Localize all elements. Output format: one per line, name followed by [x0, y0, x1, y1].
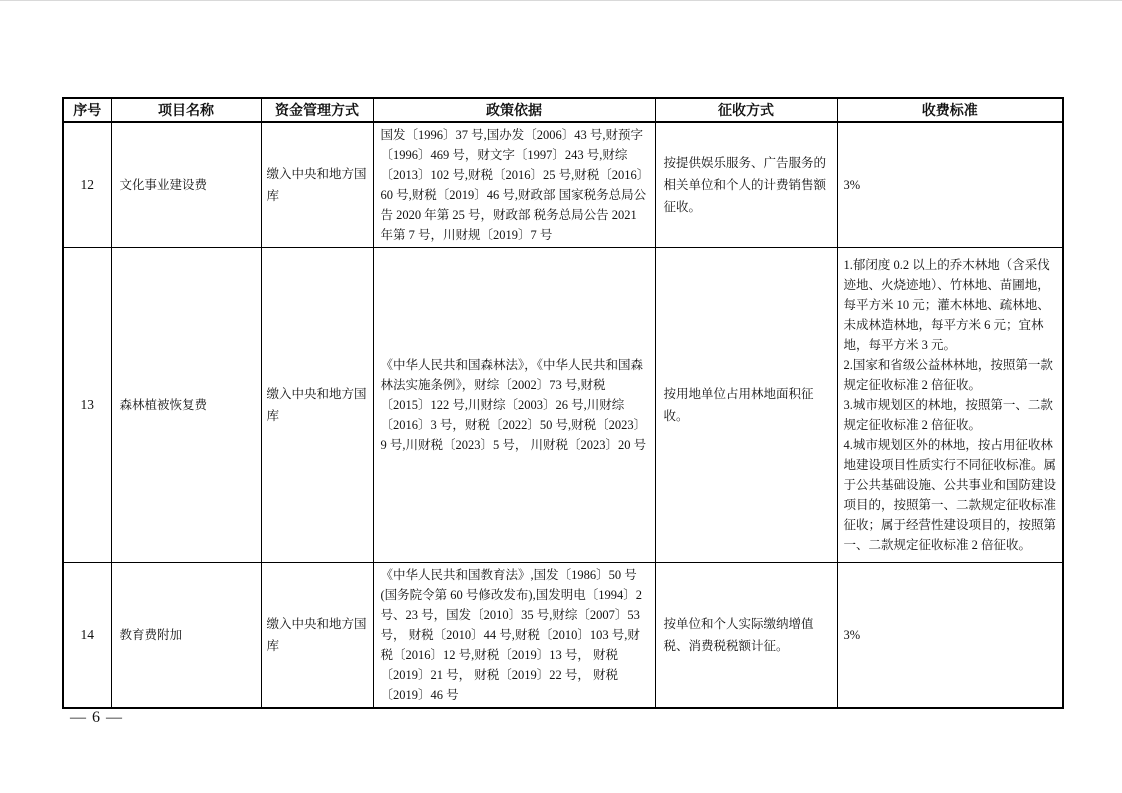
- cell-fee-standard: 3%: [837, 122, 1063, 248]
- cell-fund-management: 缴入中央和地方国库: [261, 563, 373, 709]
- cell-collection-method: 按单位和个人实际缴纳增值税、消费税税额计征。: [655, 563, 837, 709]
- table-row: 14 教育费附加 缴入中央和地方国库 《中华人民共和国教育法》,国发〔1986〕…: [63, 563, 1063, 709]
- cell-project-name: 教育费附加: [111, 563, 261, 709]
- cell-policy-basis: 国发〔1996〕37 号,国办发〔2006〕43 号,财预字〔1996〕469 …: [373, 122, 655, 248]
- cell-project-name: 森林植被恢复费: [111, 248, 261, 563]
- document-page: 序号 项目名称 资金管理方式 政策依据 征收方式 收费标准 12 文化事业建设费…: [0, 0, 1122, 793]
- cell-fund-management: 缴入中央和地方国库: [261, 122, 373, 248]
- column-header-project-name: 项目名称: [111, 98, 261, 122]
- cell-fund-management: 缴入中央和地方国库: [261, 248, 373, 563]
- column-header-serial: 序号: [63, 98, 111, 122]
- page-number: — 6 —: [70, 709, 123, 727]
- column-header-policy-basis: 政策依据: [373, 98, 655, 122]
- cell-serial: 14: [63, 563, 111, 709]
- table-row: 12 文化事业建设费 缴入中央和地方国库 国发〔1996〕37 号,国办发〔20…: [63, 122, 1063, 248]
- table-row: 13 森林植被恢复费 缴入中央和地方国库 《中华人民共和国森林法》，《中华人民共…: [63, 248, 1063, 563]
- cell-policy-basis: 《中华人民共和国教育法》,国发〔1986〕50 号(国务院令第 60 号修改发布…: [373, 563, 655, 709]
- cell-fee-standard: 3%: [837, 563, 1063, 709]
- column-header-fee-standard: 收费标准: [837, 98, 1063, 122]
- cell-project-name: 文化事业建设费: [111, 122, 261, 248]
- table-header-row: 序号 项目名称 资金管理方式 政策依据 征收方式 收费标准: [63, 98, 1063, 122]
- column-header-fund-management: 资金管理方式: [261, 98, 373, 122]
- column-header-collection: 征收方式: [655, 98, 837, 122]
- cell-serial: 12: [63, 122, 111, 248]
- cell-policy-basis: 《中华人民共和国森林法》，《中华人民共和国森林法实施条例》，财综〔2002〕73…: [373, 248, 655, 563]
- cell-serial: 13: [63, 248, 111, 563]
- cell-collection-method: 按提供娱乐服务、广告服务的相关单位和个人的计费销售额征收。: [655, 122, 837, 248]
- cell-collection-method: 按用地单位占用林地面积征收。: [655, 248, 837, 563]
- cell-fee-standard: 1.郁闭度 0.2 以上的乔木林地（含采伐迹地、火烧迹地）、竹林地、苗圃地，每平…: [837, 248, 1063, 563]
- fee-table: 序号 项目名称 资金管理方式 政策依据 征收方式 收费标准 12 文化事业建设费…: [62, 97, 1064, 709]
